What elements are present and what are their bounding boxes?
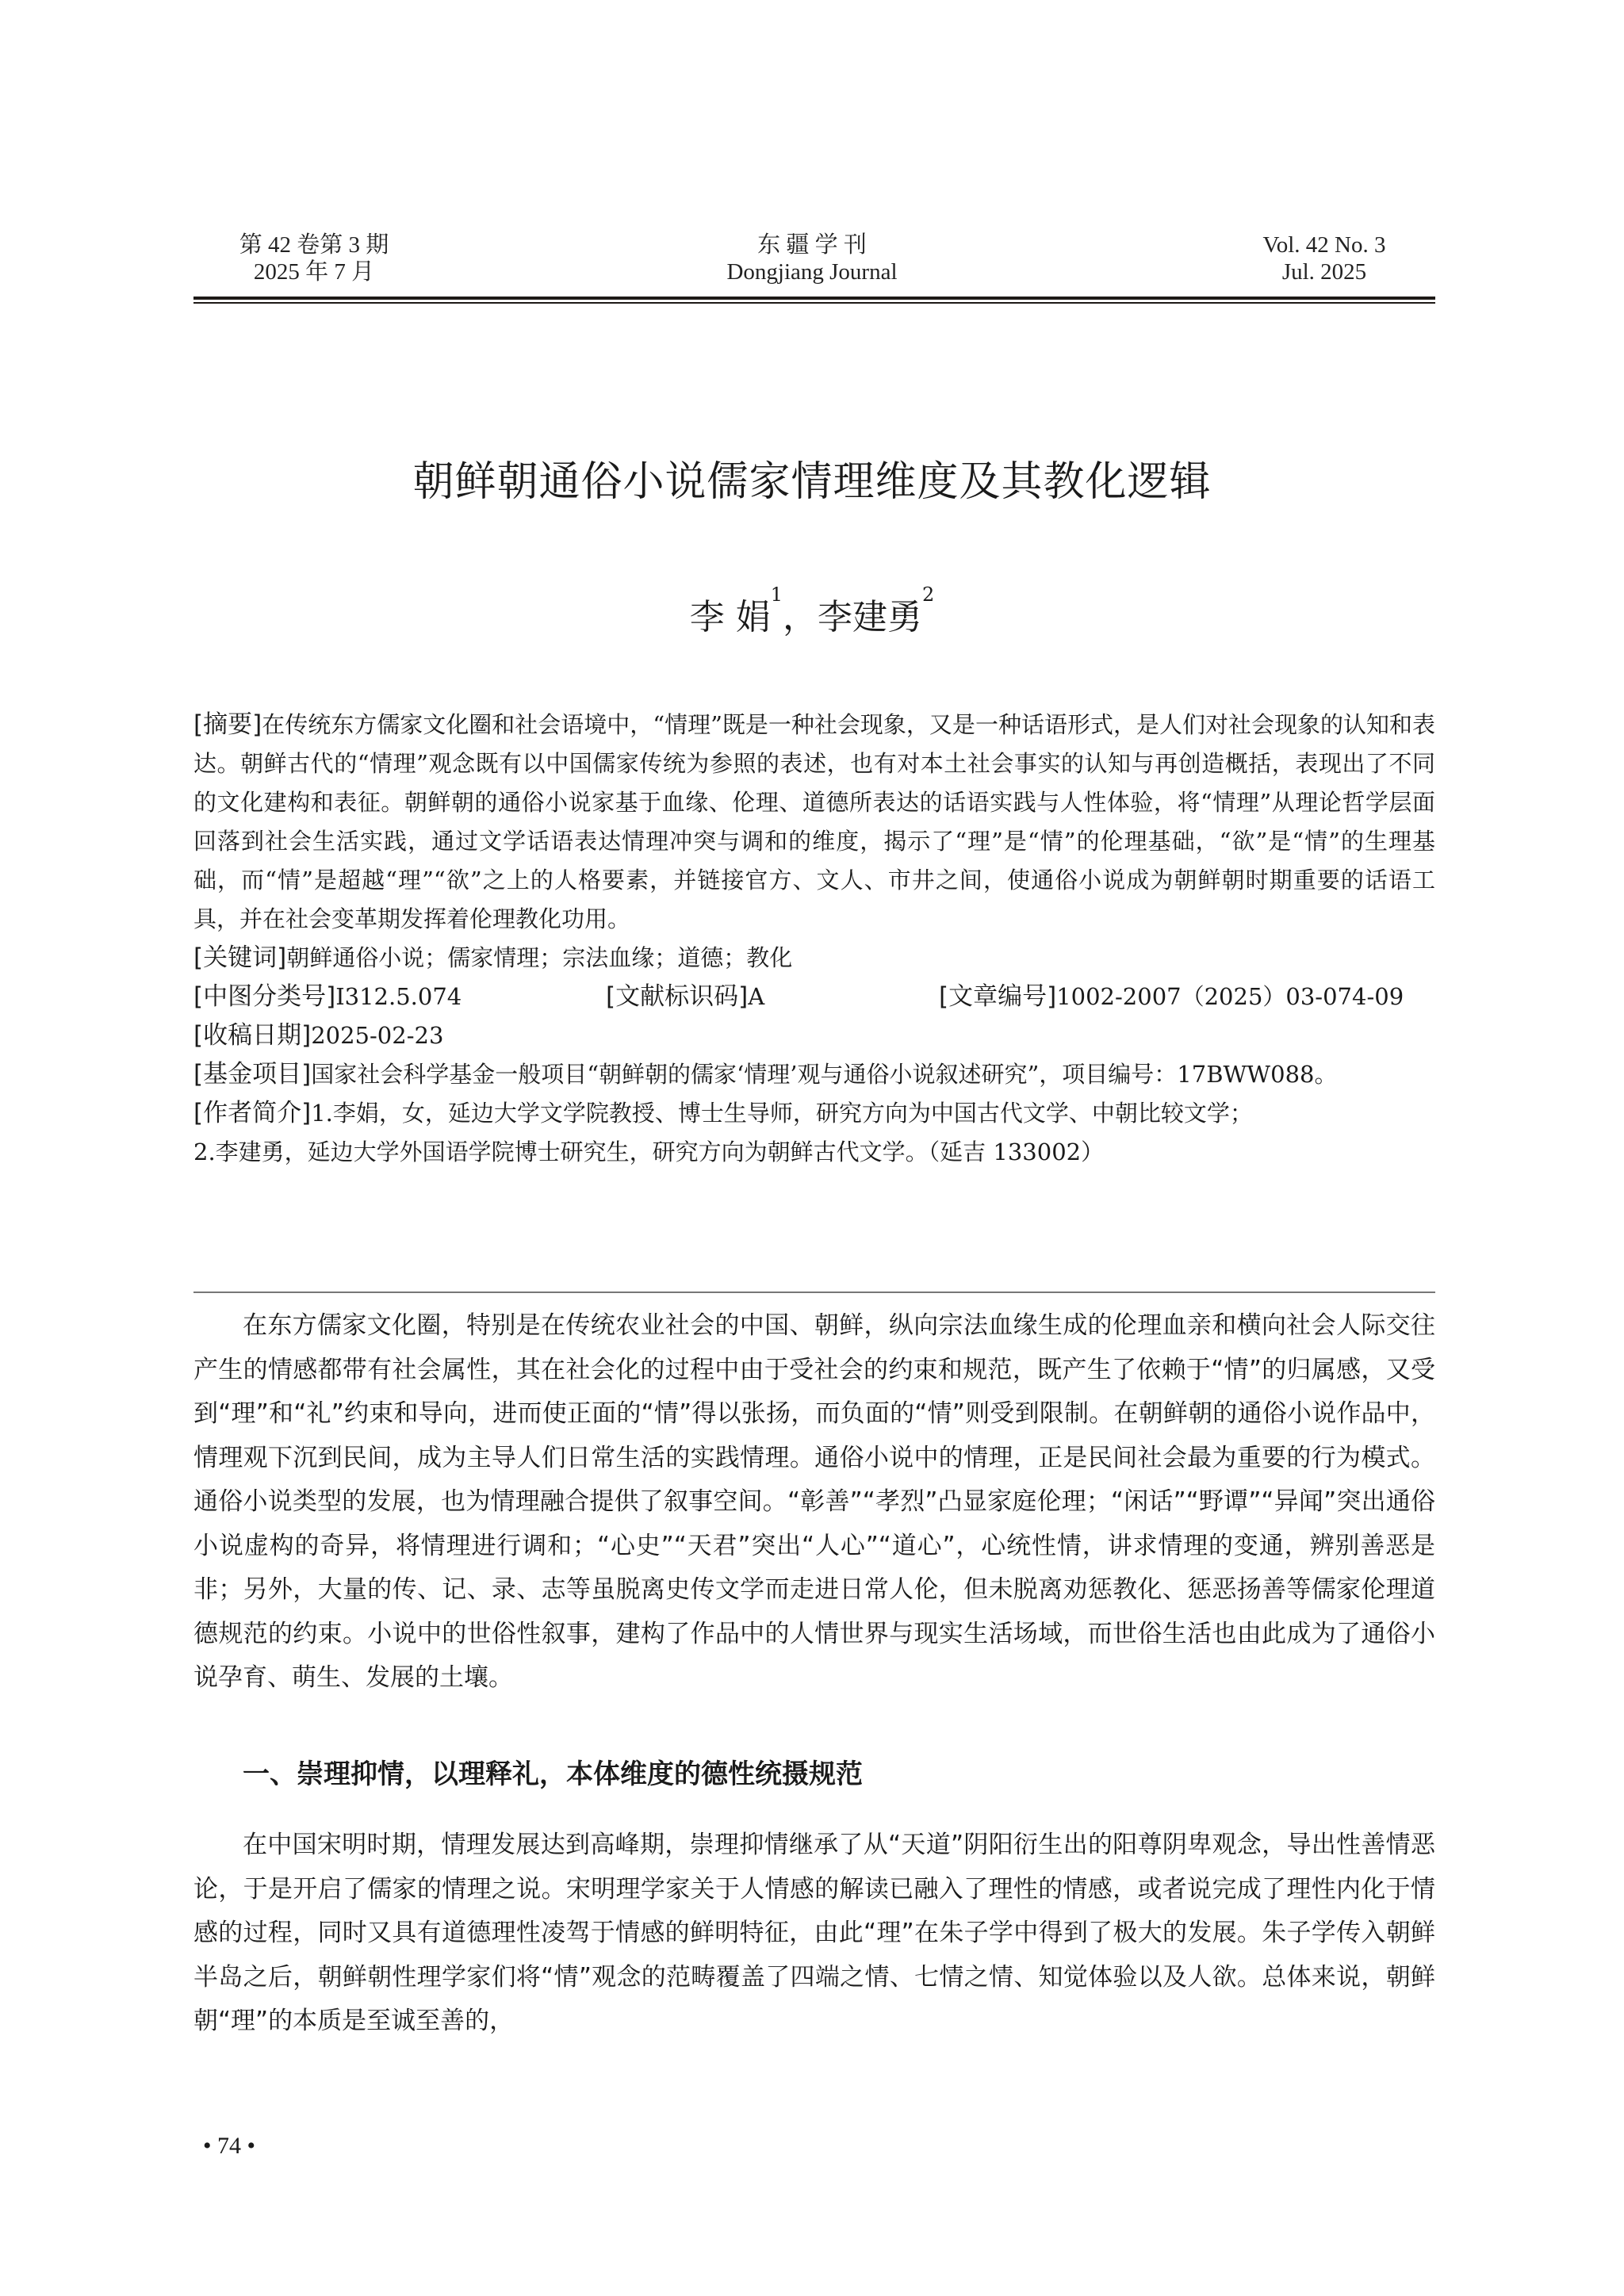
document-code-label: [文献标识码] — [606, 982, 748, 1011]
classification-row: [中图分类号]I312.5.074 [文献标识码]A [文章编号]1002-20… — [193, 978, 1435, 1016]
author-bio-line2: 2.李建勇，延边大学外国语学院博士研究生，研究方向为朝鲜古代文学。（延吉 133… — [193, 1138, 1104, 1165]
received-label: [收稿日期] — [193, 1021, 311, 1050]
author-bio: [作者简介]1.李娟，女，延边大学文学院教授、博士生导师，研究方向为中国古代文学… — [193, 1094, 1435, 1172]
header-volume-cn: 第 42 卷第 3 期 — [219, 232, 409, 258]
keywords: [关键词]朝鲜通俗小说；儒家情理；宗法血缘；道德；教化 — [193, 939, 1435, 978]
body-paragraph: 在中国宋明时期，情理发展达到高峰期，崇理抑情继承了从“天道”阴阳衍生出的阳尊阴卑… — [193, 1823, 1435, 2044]
fund-text: 国家社会科学基金一般项目“朝鲜朝的儒家‘情理’观与通俗小说叙述研究”，项目编号：… — [311, 1061, 1337, 1088]
received-value: 2025-02-23 — [311, 1022, 443, 1049]
abstract-text: 在传统东方儒家文化圈和社会语境中，“情理”既是一种社会现象，又是一种话语形式，是… — [193, 711, 1435, 932]
abstract-divider — [193, 1291, 1435, 1293]
header-rule-thick — [193, 297, 1435, 300]
fund-project: [基金项目]国家社会科学基金一般项目“朝鲜朝的儒家‘情理’观与通俗小说叙述研究”… — [193, 1055, 1435, 1094]
keywords-text: 朝鲜通俗小说；儒家情理；宗法血缘；道德；教化 — [286, 944, 792, 971]
keywords-label: [关键词] — [193, 943, 286, 972]
article-number-value: 1002-2007（2025）03-074-09 — [1056, 983, 1404, 1010]
page-number: • 74 • — [203, 2133, 255, 2160]
section-1: 在中国宋明时期，情理发展达到高峰期，崇理抑情继承了从“天道”阴阳衍生出的阳尊阴卑… — [193, 1823, 1435, 2044]
journal-name-cn: 东 疆 学 刊 — [653, 232, 971, 258]
author-list: 李 娟1，李建勇2 — [0, 588, 1624, 639]
abstract-block: [摘要]在传统东方儒家文化圈和社会语境中，“情理”既是一种社会现象，又是一种话语… — [193, 706, 1435, 1172]
document-code: [文献标识码]A — [606, 978, 939, 1016]
header-issue-info: 第 42 卷第 3 期 2025 年 7 月 — [219, 232, 409, 285]
body-paragraph: 在东方儒家文化圈，特别是在传统农业社会的中国、朝鲜，纵向宗法血缘生成的伦理血亲和… — [193, 1304, 1435, 1701]
article-number-label: [文章编号] — [939, 982, 1056, 1011]
author-bio-label: [作者简介] — [193, 1099, 311, 1127]
header-rule-thin — [193, 302, 1435, 304]
clc-number: [中图分类号]I312.5.074 — [193, 978, 606, 1016]
journal-name-en: Dongjiang Journal — [653, 258, 971, 285]
author-affiliation-mark: 2 — [922, 584, 934, 606]
fund-label: [基金项目] — [193, 1060, 311, 1089]
clc-value: I312.5.074 — [335, 983, 462, 1010]
author-name: 李建勇 — [818, 597, 922, 637]
article-title: 朝鲜朝通俗小说儒家情理维度及其教化逻辑 — [0, 448, 1624, 507]
intro-section: 在东方儒家文化圈，特别是在传统农业社会的中国、朝鲜，纵向宗法血缘生成的伦理血亲和… — [193, 1304, 1435, 1701]
section-heading: 一、崇理抑情，以理释礼，本体维度的德性统摄规范 — [243, 1752, 863, 1791]
header-issue-info-en: Vol. 42 No. 3 Jul. 2025 — [1237, 232, 1411, 285]
author-bio-line1: 1.李娟，女，延边大学文学院教授、博士生导师，研究方向为中国古代文学、中朝比较文… — [311, 1100, 1253, 1127]
abstract-label: [摘要] — [193, 710, 262, 739]
document-code-value: A — [748, 983, 764, 1010]
header-date-cn: 2025 年 7 月 — [219, 258, 409, 285]
header-date-en: Jul. 2025 — [1237, 258, 1411, 285]
author-separator: ， — [783, 597, 818, 637]
received-date: [收稿日期]2025-02-23 — [193, 1016, 1435, 1055]
article-number: [文章编号]1002-2007（2025）03-074-09 — [939, 978, 1404, 1016]
header-journal-name: 东 疆 学 刊 Dongjiang Journal — [653, 232, 971, 285]
abstract: [摘要]在传统东方儒家文化圈和社会语境中，“情理”既是一种社会现象，又是一种话语… — [193, 706, 1435, 939]
author-name: 李 娟 — [690, 597, 771, 637]
clc-label: [中图分类号] — [193, 982, 335, 1011]
author-affiliation-mark: 1 — [771, 584, 783, 606]
header-volume-en: Vol. 42 No. 3 — [1237, 232, 1411, 258]
